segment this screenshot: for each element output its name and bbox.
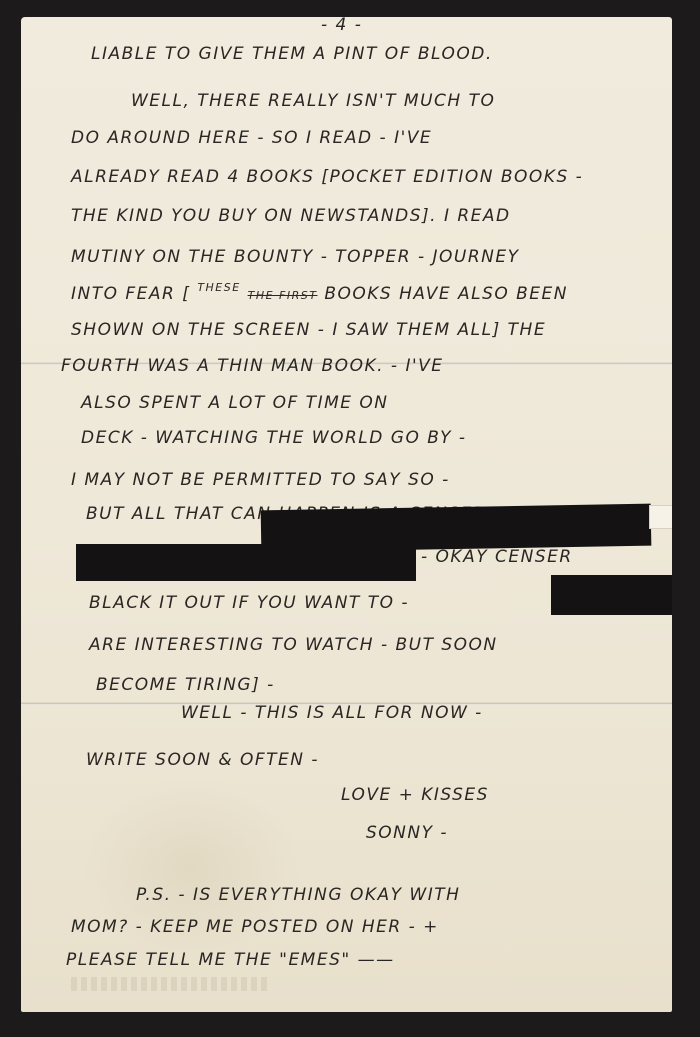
letter-line: already read 4 books [pocket edition boo… — [71, 167, 583, 187]
letter-line: black it out if you want to - — [89, 593, 409, 613]
letter-line: shown on the screen - I saw them all] th… — [71, 320, 546, 340]
letter-text: into Fear [ — [71, 284, 190, 304]
inserted-word: these — [197, 281, 240, 294]
letter-text: books have also been — [324, 284, 568, 304]
closing: Love + Kisses — [341, 785, 489, 805]
postscript-line: please tell me the "emes" —— — [66, 950, 395, 970]
letter-line: become tiring] - — [96, 675, 275, 695]
letter-line: into Fear [ these the first books have a… — [71, 284, 568, 304]
postscript-line: Mom? - Keep me posted on her - + — [71, 917, 439, 937]
letter-page: - 4 - Liable to give them a pint of bloo… — [21, 17, 672, 1012]
postscript-line: P.S. - Is everything okay with — [136, 885, 460, 905]
letter-line: Mutiny on the Bounty - Topper - Journey — [71, 247, 520, 267]
letter-line: Liable to give them a pint of blood. — [91, 44, 493, 64]
letter-line: are interesting to watch - but soon — [89, 635, 498, 655]
letter-line: deck - watching the world go by - — [81, 428, 467, 448]
struck-words: the first — [248, 289, 318, 302]
letter-line: I may not be permitted to say so - — [71, 470, 450, 490]
letter-line: do around here - So I read - I've — [71, 128, 432, 148]
censor-block — [551, 575, 672, 615]
letter-line: also spent a lot of time on — [81, 393, 389, 413]
censor-block — [76, 544, 416, 581]
bleed-through-text — [71, 977, 271, 991]
page-number: - 4 - — [321, 17, 362, 35]
signature: Sonny - — [366, 823, 448, 843]
letter-line: Well, there really isn't much to — [131, 91, 495, 111]
letter-line: fourth was a Thin Man book. - I've — [61, 356, 444, 376]
letter-line: the kind you buy on newstands]. I read — [71, 206, 511, 226]
letter-line: Write soon & often - — [86, 750, 319, 770]
letter-line: - Okay censer — [421, 547, 573, 567]
torn-paper — [649, 505, 672, 529]
letter-line: Well - this is all for now - — [181, 703, 483, 723]
